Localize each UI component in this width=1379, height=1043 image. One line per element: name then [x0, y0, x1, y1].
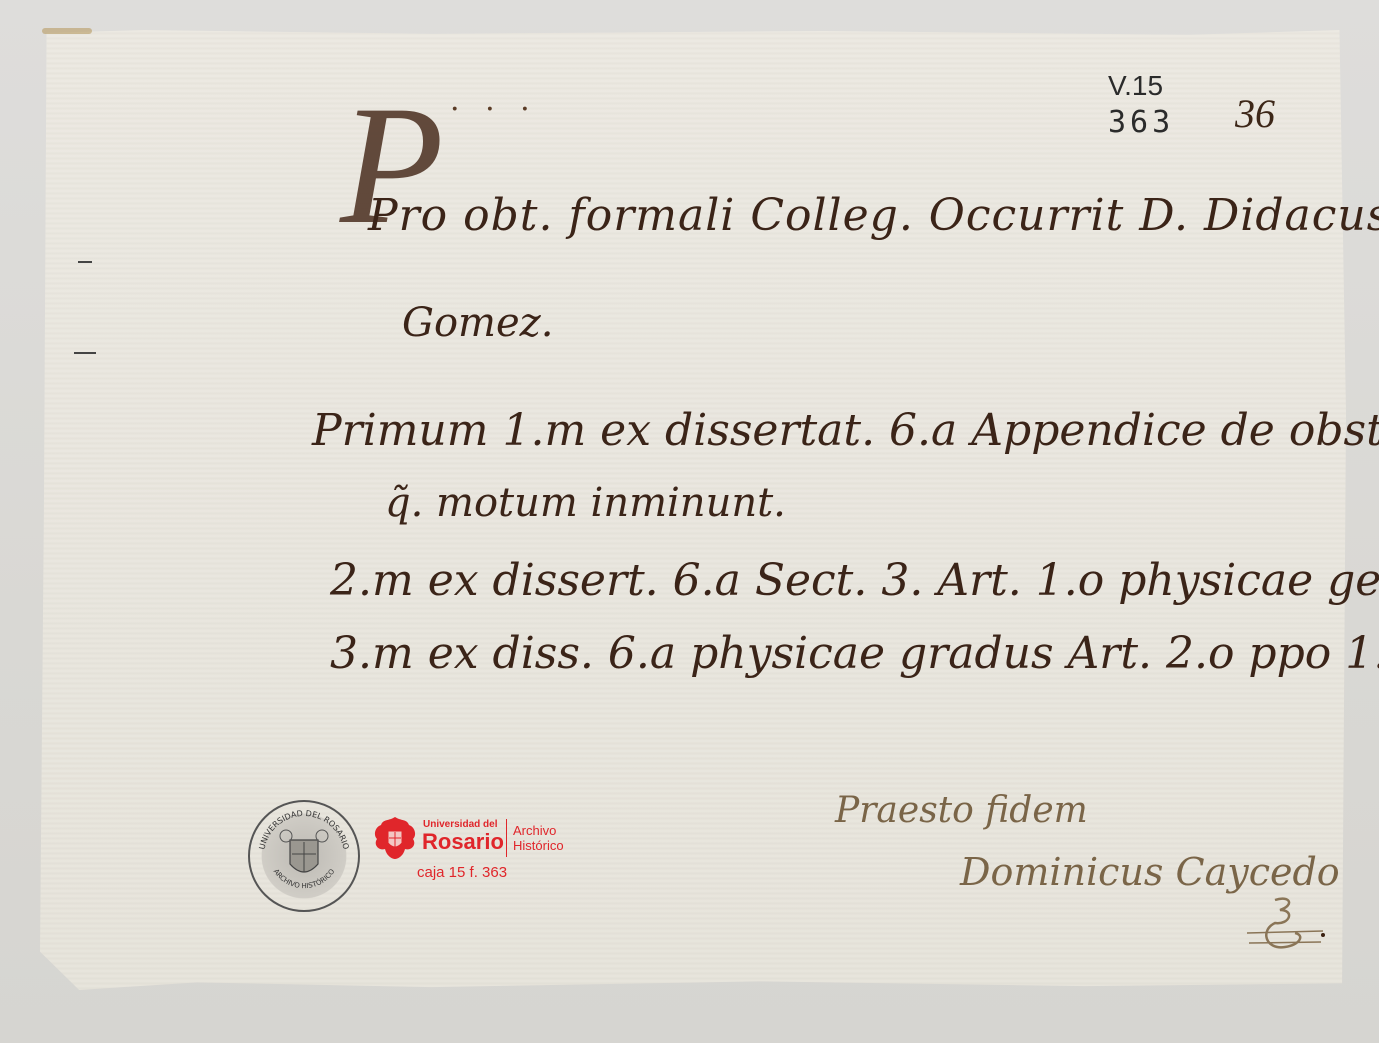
- margin-mark: [74, 352, 96, 354]
- archive-reference: caja 15 f. 363: [417, 864, 507, 881]
- heading-dots: · · ·: [450, 92, 538, 127]
- logo-archive-label: Archivo Histórico: [513, 823, 564, 853]
- archive-folio-stamp: 363: [1108, 108, 1174, 138]
- logo-rosario-label: Rosario: [422, 829, 504, 855]
- body-line-4: q̃. motum inminunt.: [385, 480, 786, 526]
- body-line-5: 2.m ex dissert. 6.a Sect. 3. Art. 1.o ph…: [330, 555, 1379, 606]
- body-line-1: Pro obt. formali Colleg. Occurrit D. Did…: [368, 190, 1379, 241]
- body-line-6: 3.m ex diss. 6.a physicae gradus Art. 2.…: [330, 628, 1379, 679]
- body-line-3: Primum 1.m ex dissertat. 6.a Appendice d…: [312, 405, 1379, 456]
- margin-mark: [78, 261, 92, 263]
- corner-stain: [42, 28, 92, 34]
- archive-volume-stamp: V.15: [1108, 72, 1163, 100]
- logo-archive-line1: Archivo: [513, 823, 564, 838]
- logo-archive-line2: Histórico: [513, 838, 564, 853]
- logo-divider: [506, 819, 507, 857]
- body-line-2: Gomez.: [402, 300, 553, 346]
- rosario-emblem-icon: [373, 815, 417, 861]
- signature-line-1: Praesto fidem: [835, 790, 1088, 831]
- signature-flourish-icon: [1245, 895, 1325, 955]
- handwritten-folio-number: 36: [1235, 90, 1275, 137]
- university-archive-seal: UNIVERSIDAD DEL ROSARIO ARCHIVO HISTÓRIC…: [248, 800, 360, 912]
- seal-emblem-icon: UNIVERSIDAD DEL ROSARIO ARCHIVO HISTÓRIC…: [250, 802, 358, 910]
- signature-line-2: Dominicus Caycedo: [960, 850, 1340, 894]
